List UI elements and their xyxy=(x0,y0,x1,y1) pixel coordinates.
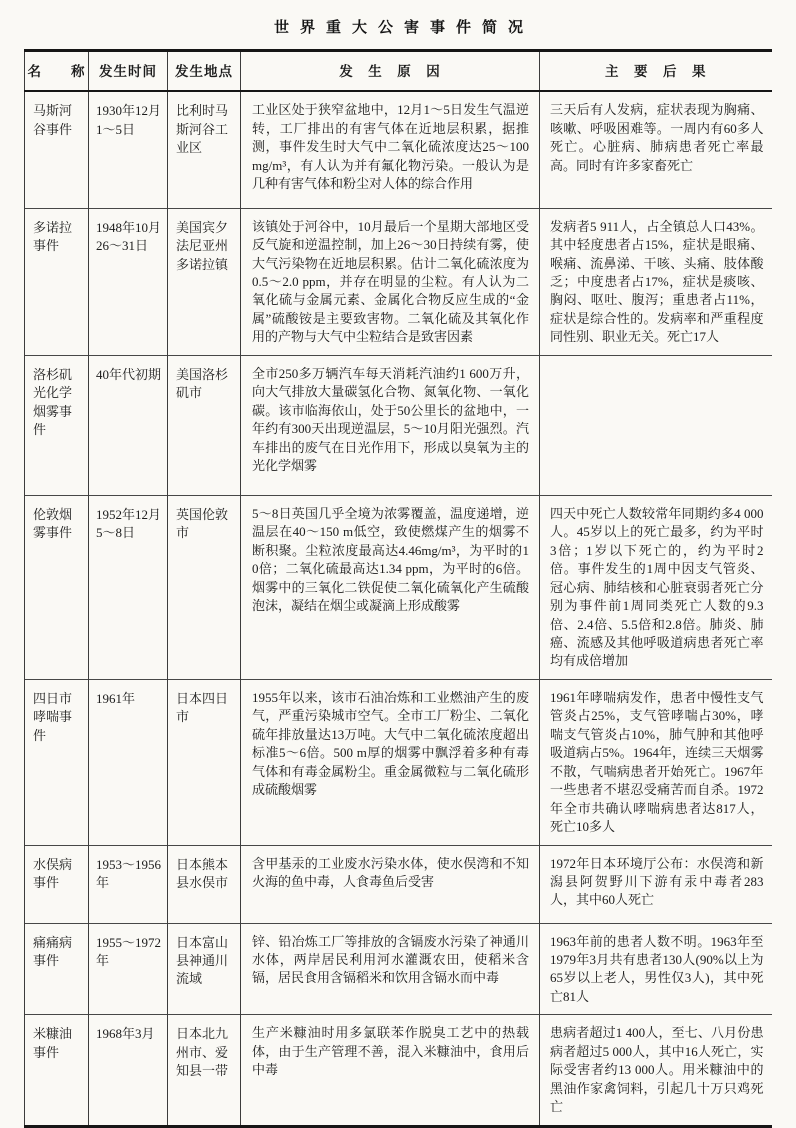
event-place-cell: 英国伦敦市 xyxy=(168,495,241,679)
event-place-cell: 日本北九州市、爱知县一带 xyxy=(168,1015,241,1126)
event-place-cell: 日本富山县神通川流域 xyxy=(168,923,241,1015)
event-result-cell: 发病者5 911人，占全镇总人口43%。其中轻度患者占15%，症状是眼痛、喉痛、… xyxy=(540,208,772,355)
event-cause-cell: 锌、铅冶炼工厂等排放的含镉废水污染了神通川水体，两岸居民利用河水灌溉农田，使稻米… xyxy=(241,923,540,1015)
table-row-london-smog: 伦敦烟雾事件 1952年12月5～8日 英国伦敦市 5～8日英国几乎全境为浓雾覆… xyxy=(25,495,772,679)
event-name-cell: 洛杉矶光化学烟雾事件 xyxy=(25,355,89,495)
event-time-cell: 1955～1972年 xyxy=(89,923,168,1015)
event-time-cell: 1948年10月26～31日 xyxy=(89,208,168,355)
event-name-cell: 水俣病事件 xyxy=(25,845,89,923)
pollution-events-table: 名 称 发生时间 发生地点 发 生 原 因 主 要 后 果 马斯河谷事件 193… xyxy=(24,49,772,1128)
page-title: 世界重大公害事件简况 xyxy=(0,0,796,49)
event-cause-cell: 该镇处于河谷中，10月最后一个星期大部地区受反气旋和逆温控制，加上26～30日持… xyxy=(241,208,540,355)
table-row-itai-itai: 痛痛病事件 1955～1972年 日本富山县神通川流域 锌、铅冶炼工厂等排放的含… xyxy=(25,923,772,1015)
event-time-cell: 40年代初期 xyxy=(89,355,168,495)
event-place-cell: 美国宾夕法尼亚州多诺拉镇 xyxy=(168,208,241,355)
table-row-minamata: 水俣病事件 1953～1956年 日本熊本县水俣市 含甲基汞的工业废水污染水体，… xyxy=(25,845,772,923)
event-place-cell: 日本熊本县水俣市 xyxy=(168,845,241,923)
event-name-cell: 痛痛病事件 xyxy=(25,923,89,1015)
event-time-cell: 1953～1956年 xyxy=(89,845,168,923)
event-time-cell: 1930年12月1～5日 xyxy=(89,91,168,208)
col-header-name: 名 称 xyxy=(25,51,89,92)
event-result-cell: 四天中死亡人数较常年同期约多4 000人。45岁以上的死亡最多，约为平时3倍；1… xyxy=(540,495,772,679)
event-result-cell: 三天后有人发病，症状表现为胸痛、咳嗽、呼吸困难等。一周内有60多人死亡。心脏病、… xyxy=(540,91,772,208)
event-name-cell: 伦敦烟雾事件 xyxy=(25,495,89,679)
col-header-time: 发生时间 xyxy=(89,51,168,92)
table-row-donora: 多诺拉事件 1948年10月26～31日 美国宾夕法尼亚州多诺拉镇 该镇处于河谷… xyxy=(25,208,772,355)
scanned-document-page: 世界重大公害事件简况 名 称 发生时间 发生地点 发 生 原 因 主 要 后 果… xyxy=(0,0,796,1128)
event-cause-cell: 含甲基汞的工业废水污染水体，使水俣湾和不知火海的鱼中毒，人食毒鱼后受害 xyxy=(241,845,540,923)
col-header-result: 主 要 后 果 xyxy=(540,51,772,92)
event-place-cell: 日本四日市 xyxy=(168,679,241,845)
event-cause-cell: 1955年以来，该市石油冶炼和工业燃油产生的废气，严重污染城市空气。全市工厂粉尘… xyxy=(241,679,540,845)
col-header-cause: 发 生 原 因 xyxy=(241,51,540,92)
event-time-cell: 1968年3月 xyxy=(89,1015,168,1126)
table-row-rice-bran-oil: 米糠油事件 1968年3月 日本北九州市、爱知县一带 生产米糠油时用多氯联苯作脱… xyxy=(25,1015,772,1126)
event-place-cell: 比利时马斯河谷工业区 xyxy=(168,91,241,208)
event-time-cell: 1952年12月5～8日 xyxy=(89,495,168,679)
event-cause-cell: 生产米糠油时用多氯联苯作脱臭工艺中的热载体，由于生产管理不善，混入米糠油中，食用… xyxy=(241,1015,540,1126)
table-row-meuse-valley: 马斯河谷事件 1930年12月1～5日 比利时马斯河谷工业区 工业区处于狭窄盆地… xyxy=(25,91,772,208)
event-cause-cell: 全市250多万辆汽车每天消耗汽油约1 600万升，向大气排放大量碳氢化合物、氮氧… xyxy=(241,355,540,495)
event-result-cell: 1972年日本环境厅公布：水俣湾和新潟县阿贺野川下游有汞中毒者283人，其中60… xyxy=(540,845,772,923)
event-cause-cell: 5～8日英国几乎全境为浓雾覆盖，温度递增，逆温层在40～150 m低空，致使燃煤… xyxy=(241,495,540,679)
event-time-cell: 1961年 xyxy=(89,679,168,845)
table-row-yokkaichi-asthma: 四日市哮喘事件 1961年 日本四日市 1955年以来，该市石油冶炼和工业燃油产… xyxy=(25,679,772,845)
event-name-cell: 多诺拉事件 xyxy=(25,208,89,355)
event-result-cell xyxy=(540,355,772,495)
table-row-la-smog: 洛杉矶光化学烟雾事件 40年代初期 美国洛杉矶市 全市250多万辆汽车每天消耗汽… xyxy=(25,355,772,495)
event-result-cell: 1963年前的患者人数不明。1963年至1979年3月共有患者130人(90%以… xyxy=(540,923,772,1015)
event-cause-cell: 工业区处于狭窄盆地中，12月1～5日发生气温逆转，工厂排出的有害气体在近地层积累… xyxy=(241,91,540,208)
col-header-place: 发生地点 xyxy=(168,51,241,92)
event-name-cell: 米糠油事件 xyxy=(25,1015,89,1126)
event-result-cell: 患病者超过1 400人，至七、八月份患病者超过5 000人，其中16人死亡，实际… xyxy=(540,1015,772,1126)
header-row: 名 称 发生时间 发生地点 发 生 原 因 主 要 后 果 xyxy=(25,51,772,92)
event-name-cell: 马斯河谷事件 xyxy=(25,91,89,208)
event-result-cell: 1961年哮喘病发作，患者中慢性支气管炎占25%，支气管哮喘占30%，哮喘支气管… xyxy=(540,679,772,845)
event-place-cell: 美国洛杉矶市 xyxy=(168,355,241,495)
event-name-cell: 四日市哮喘事件 xyxy=(25,679,89,845)
